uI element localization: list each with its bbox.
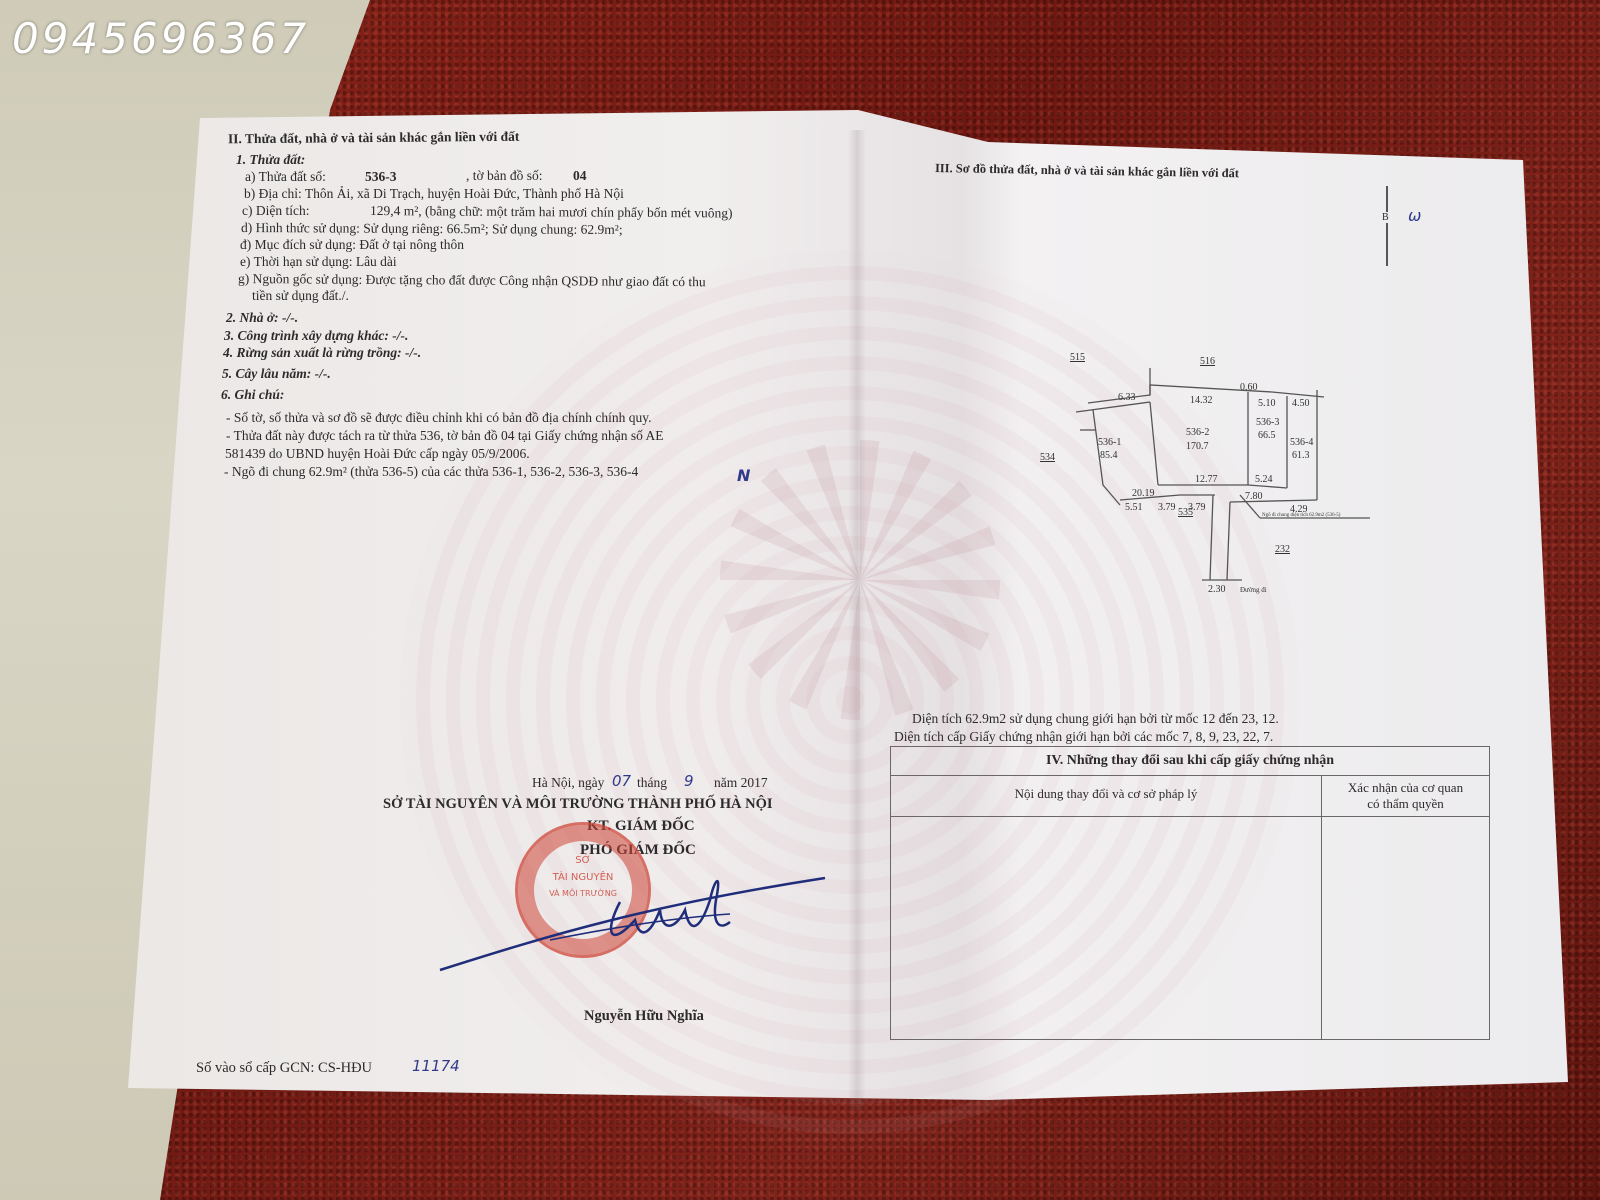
svg-text:5.24: 5.24 — [1255, 474, 1273, 485]
forest-item: 4. Rừng sản xuất là rừng trồng: -/-. — [223, 345, 421, 361]
section-ii-title: II. Thửa đất, nhà ở và tài sản khác gắn … — [228, 129, 520, 148]
changes-col-confirmation: Xác nhận của cơ quan có thẩm quyền — [1322, 776, 1489, 816]
changes-content-cell — [891, 817, 1322, 1039]
address-line: b) Địa chỉ: Thôn Ải, xã Di Trạch, huyện … — [244, 186, 624, 202]
svg-text:536-4: 536-4 — [1290, 437, 1313, 448]
issuing-authority: SỞ TÀI NGUYÊN VÀ MÔI TRƯỜNG THÀNH PHỐ HÀ… — [383, 796, 773, 813]
register-label: Số vào sổ cấp GCN: CS-HĐU — [196, 1060, 372, 1077]
date-day: 07 — [612, 772, 631, 790]
svg-text:232: 232 — [1275, 544, 1290, 555]
svg-text:6.33: 6.33 — [1118, 392, 1136, 403]
svg-text:536-2: 536-2 — [1186, 427, 1209, 438]
signature — [430, 840, 830, 980]
note-line-4: - Ngõ đi chung 62.9m² (thửa 536-5) của c… — [224, 464, 638, 480]
date-month: 9 — [684, 772, 694, 790]
changes-col-content: Nội dung thay đổi và cơ sở pháp lý — [891, 776, 1322, 816]
phone-watermark: 0945696367 — [12, 14, 309, 63]
svg-text:5.51: 5.51 — [1125, 502, 1143, 513]
svg-text:7.80: 7.80 — [1245, 491, 1263, 502]
register-number: 11174 — [412, 1057, 460, 1075]
page-fold — [848, 130, 866, 1110]
changes-table-title: IV. Những thay đổi sau khi cấp giấy chứn… — [891, 747, 1489, 776]
note-line-2: - Thửa đất này được tách ra từ thửa 536,… — [226, 428, 664, 444]
date-prefix: Hà Nội, ngày — [532, 775, 604, 791]
area-value: 129,4 m², (bằng chữ: một trăm hai mươi c… — [370, 203, 733, 222]
svg-text:536-3: 536-3 — [1256, 417, 1279, 428]
north-label: B — [1382, 212, 1389, 223]
svg-text:170.7: 170.7 — [1186, 441, 1209, 452]
svg-text:61.3: 61.3 — [1292, 450, 1310, 461]
date-month-label: tháng — [637, 775, 667, 791]
svg-text:4.50: 4.50 — [1292, 398, 1310, 409]
svg-text:5.10: 5.10 — [1258, 398, 1276, 409]
col-confirmation-line-2: có thẩm quyền — [1367, 796, 1444, 811]
col-confirmation-line-1: Xác nhận của cơ quan — [1348, 780, 1463, 795]
svg-text:3.79: 3.79 — [1188, 502, 1206, 513]
parcel-number-value: 536-3 — [365, 169, 397, 185]
subsection-parcel-title: 1. Thửa đất: — [236, 152, 305, 168]
signer-name: Nguyễn Hữu Nghĩa — [584, 1008, 704, 1025]
svg-text:0.60: 0.60 — [1240, 382, 1258, 393]
origin-line-2: tiền sử dụng đất./. — [252, 288, 349, 304]
certified-area-note: Diện tích cấp Giấy chứng nhận giới hạn b… — [894, 729, 1273, 745]
handwritten-initial: N — [737, 466, 750, 485]
diagram-labels: 515 516 534 535 232 536-1 85.4 536-2 170… — [1040, 352, 1341, 595]
svg-text:14.32: 14.32 — [1190, 395, 1213, 406]
map-sheet-label: , tờ bản đồ số: — [466, 168, 543, 184]
handwritten-mark: ω — [1408, 206, 1421, 225]
parcel-diagram: 515 516 534 535 232 536-1 85.4 536-2 170… — [1030, 340, 1390, 630]
svg-text:85.4: 85.4 — [1100, 450, 1118, 461]
svg-text:Đường đi: Đường đi — [1240, 586, 1267, 594]
usage-term-line: e) Thời hạn sử dụng: Lâu dài — [240, 254, 397, 270]
svg-text:66.5: 66.5 — [1258, 430, 1276, 441]
changes-table: IV. Những thay đổi sau khi cấp giấy chứn… — [890, 746, 1490, 1040]
svg-text:536-1: 536-1 — [1098, 437, 1121, 448]
house-item: 2. Nhà ở: -/-. — [226, 310, 298, 326]
svg-text:Ngõ đi chung diện tích 62.9m2: Ngõ đi chung diện tích 62.9m2 (536-5) — [1262, 513, 1341, 518]
notes-heading: 6. Ghi chú: — [221, 387, 284, 403]
svg-text:12.77: 12.77 — [1195, 474, 1218, 485]
svg-text:2.30: 2.30 — [1208, 584, 1226, 595]
other-construction-item: 3. Công trình xây dựng khác: -/-. — [224, 328, 408, 344]
north-arrow-icon — [1386, 186, 1388, 266]
usage-form-line: d) Hình thức sử dụng: Sử dụng riêng: 66.… — [241, 220, 623, 238]
note-line-3: 581439 do UBND huyện Hoài Đức cấp ngày 0… — [225, 446, 530, 462]
perennial-tree-item: 5. Cây lâu năm: -/-. — [222, 366, 331, 382]
shared-area-note: Diện tích 62.9m2 sử dụng chung giới hạn … — [912, 711, 1279, 727]
parcel-number-label: a) Thửa đất số: — [245, 169, 326, 185]
map-sheet-value: 04 — [573, 168, 587, 184]
svg-text:534: 534 — [1040, 452, 1055, 463]
svg-text:515: 515 — [1070, 352, 1085, 363]
note-line-1: - Số tờ, số thửa và sơ đồ sẽ được điều c… — [226, 410, 651, 426]
svg-text:3.79: 3.79 — [1158, 502, 1176, 513]
svg-text:20.19: 20.19 — [1132, 488, 1155, 499]
svg-text:516: 516 — [1200, 356, 1215, 367]
area-label: c) Diện tích: — [242, 203, 309, 219]
usage-purpose-line: đ) Mục đích sử dụng: Đất ở tại nông thôn — [240, 237, 464, 253]
date-year: năm 2017 — [714, 775, 768, 791]
